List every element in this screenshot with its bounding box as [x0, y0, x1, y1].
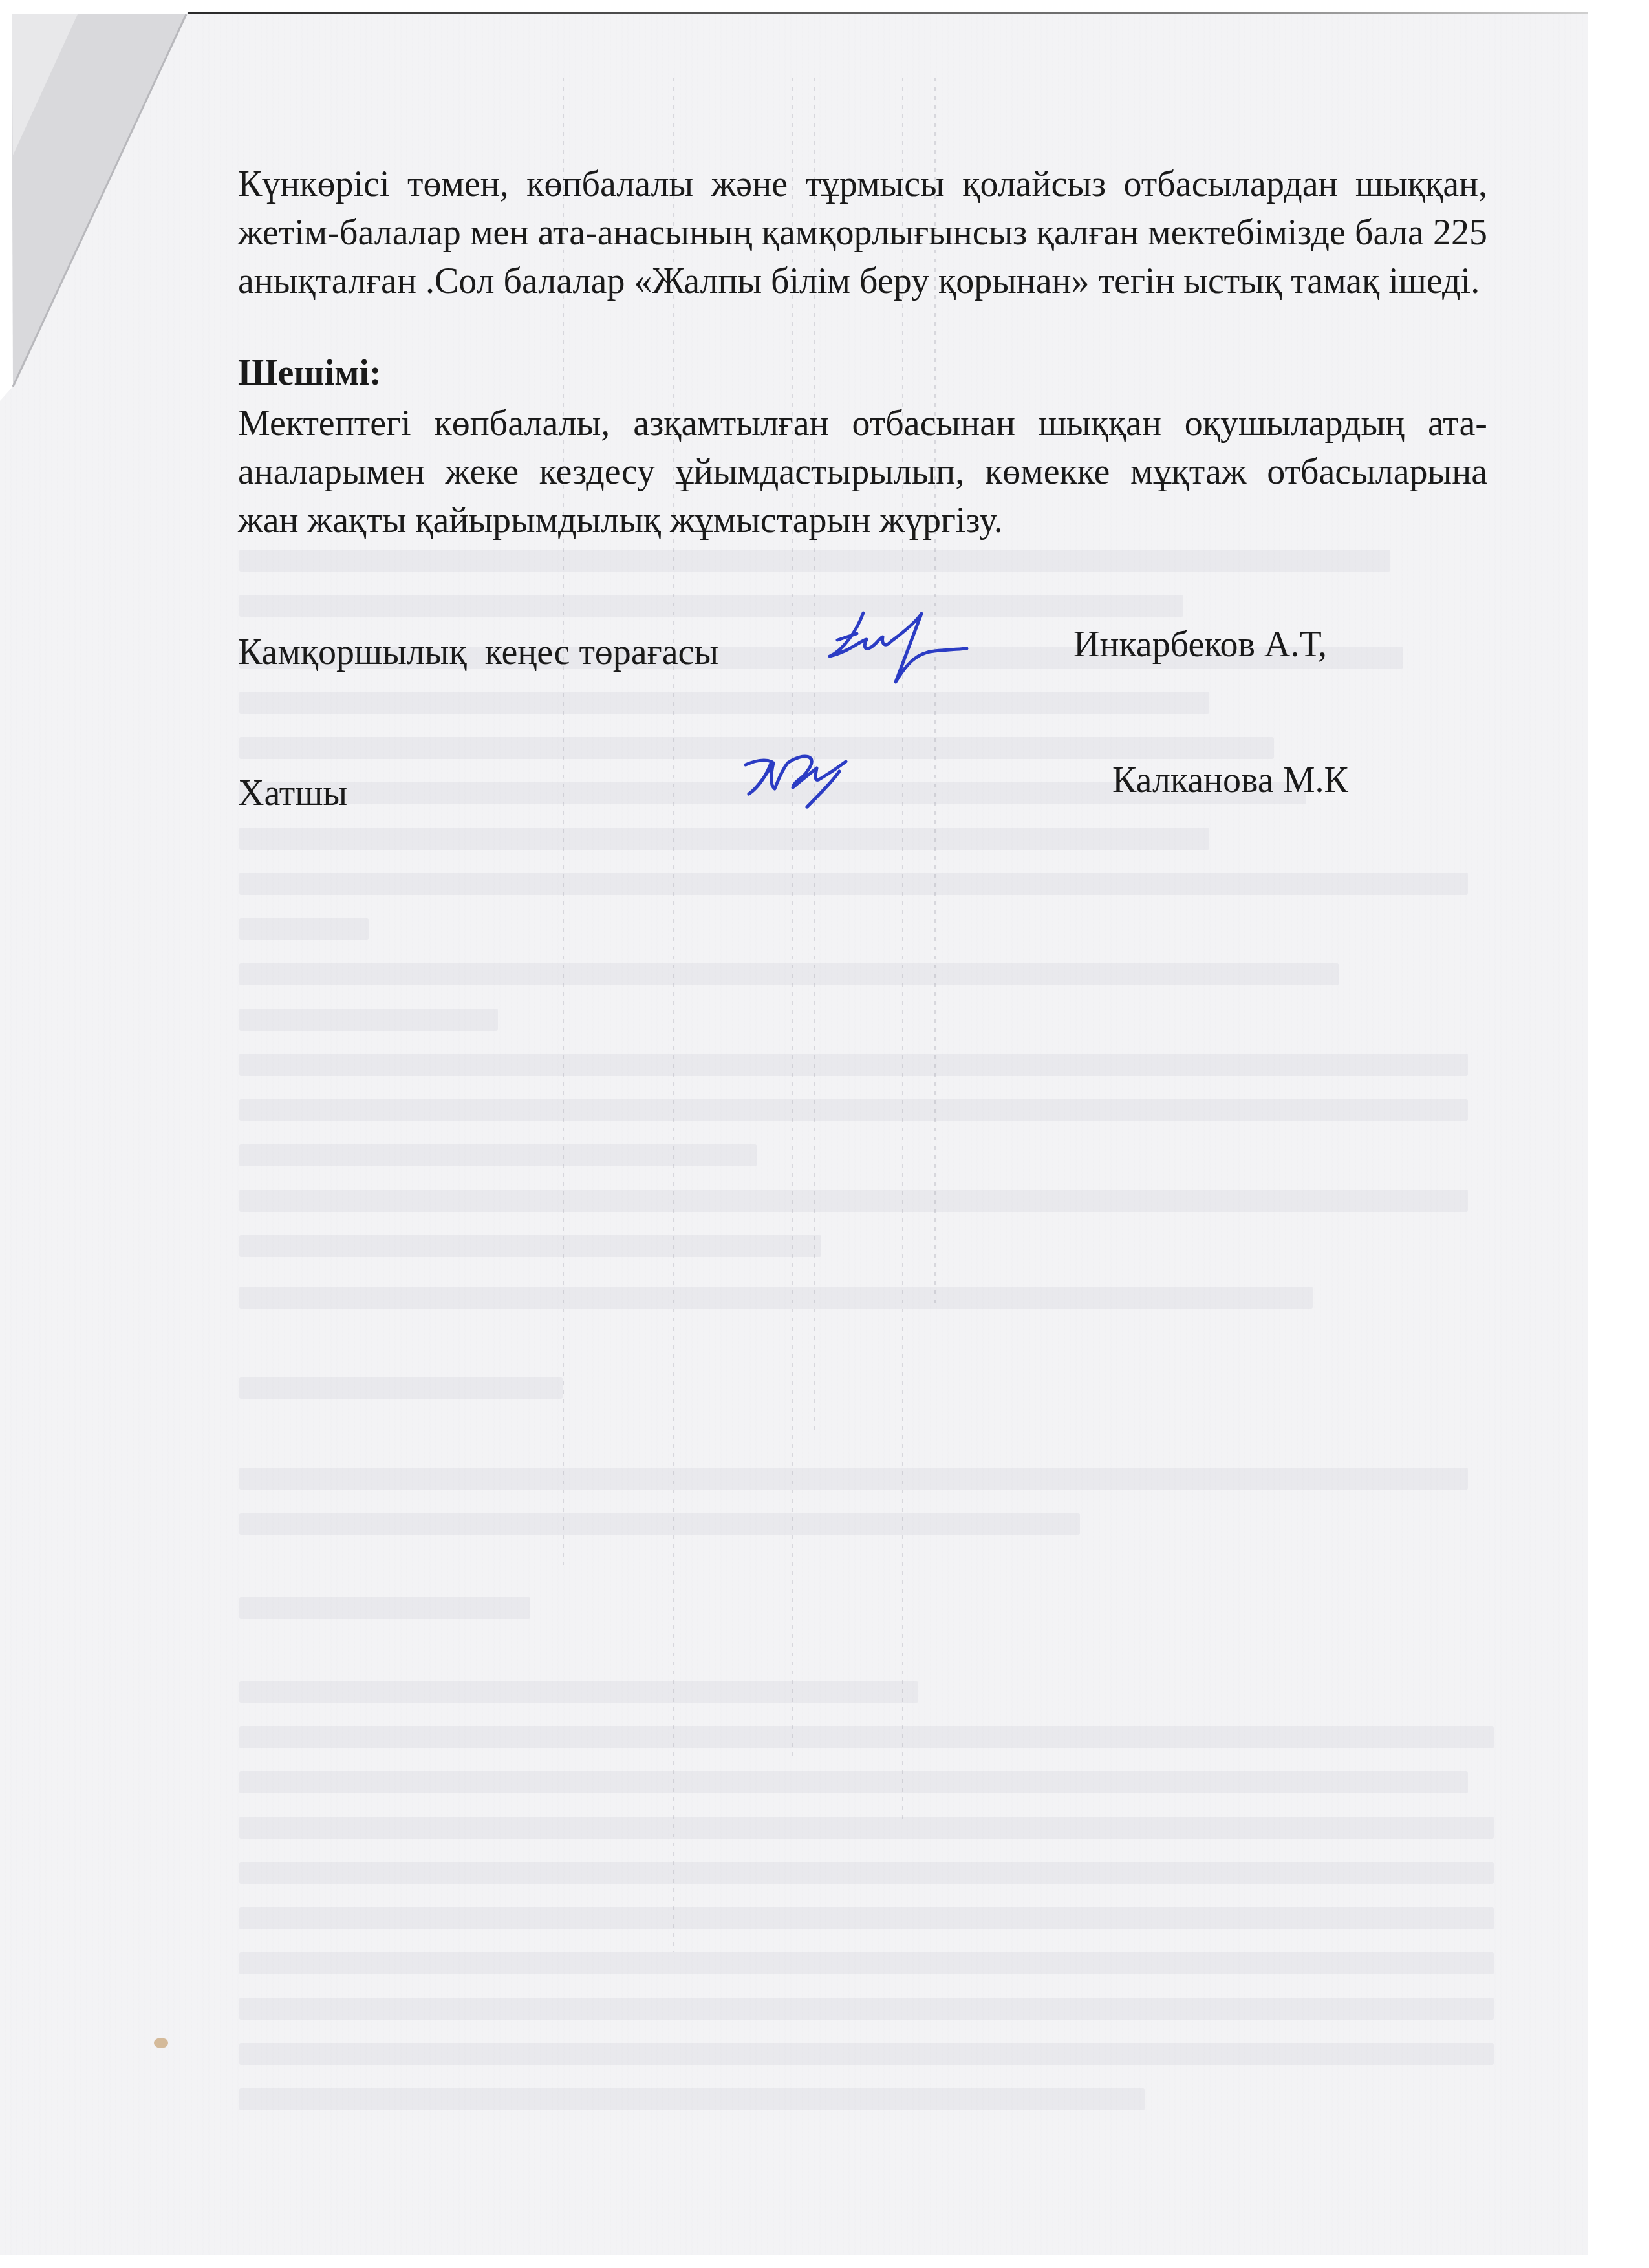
chairman-signature [818, 611, 1012, 701]
scan-streak [902, 78, 903, 1823]
secretary-name: Калканова М.К [1112, 756, 1348, 805]
chairman-name: Инкарбеков А.Т, [1073, 621, 1327, 669]
secretary-role-label: Хатшы [238, 769, 347, 818]
paragraph-decision-text: Мектептегі көпбалалы, азқамтылған отбасы… [238, 400, 1487, 545]
secretary-signature [742, 742, 865, 813]
chairman-role-label: Камқоршылық кеңес төрағасы [238, 628, 718, 677]
scan-streak [792, 78, 793, 1759]
scan-streak [673, 78, 674, 1952]
paragraph-statement: Күнкөрісі төмен, көпбалалы және тұрмысы … [238, 160, 1487, 306]
page-top-edge [188, 12, 1588, 14]
bottom-scan-margin [0, 2255, 1649, 2268]
paper-stain [154, 2038, 168, 2048]
right-scan-margin [1588, 0, 1649, 2268]
paragraph-statement-text: Күнкөрісі төмен, көпбалалы және тұрмысы … [238, 160, 1487, 306]
decision-heading: Шешімі: [238, 349, 382, 398]
folded-corner [0, 0, 194, 401]
paragraph-decision: Мектептегі көпбалалы, азқамтылған отбасы… [238, 400, 1487, 545]
